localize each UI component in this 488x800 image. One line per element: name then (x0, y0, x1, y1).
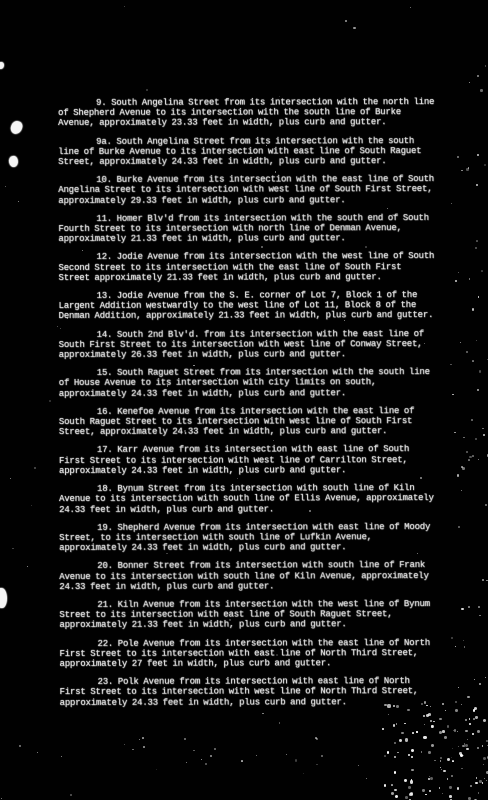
film-speck (421, 751, 423, 753)
film-speck (146, 89, 148, 91)
film-speck (405, 738, 408, 741)
film-speck (465, 744, 468, 747)
list-item: 18. Bynum Street from its intersection w… (59, 483, 437, 515)
film-speck (463, 437, 464, 438)
film-artifact-blob (8, 155, 19, 168)
film-speck (430, 720, 432, 722)
film-speck (462, 467, 465, 470)
film-speck (468, 797, 471, 800)
list-item: 20. Bonner Street from its intersection … (59, 560, 437, 592)
film-speck (468, 167, 469, 168)
film-speck (410, 780, 413, 783)
film-speck (461, 704, 463, 706)
film-speck (49, 400, 51, 402)
film-speck (461, 608, 463, 610)
document-text-block: 9. South Angelina Street from its inters… (58, 97, 438, 716)
film-speck (27, 566, 28, 567)
film-speck (472, 308, 474, 310)
film-speck (411, 749, 414, 752)
film-speck (210, 755, 212, 757)
film-speck (1, 798, 2, 799)
list-item: 22. Pole Avenue from its intersection wi… (59, 638, 437, 670)
film-speck (482, 579, 485, 582)
film-speck (467, 696, 469, 698)
film-speck (478, 606, 480, 608)
film-speck (478, 296, 480, 298)
film-speck (472, 455, 474, 457)
film-speck (465, 730, 468, 733)
film-speck (452, 394, 453, 395)
film-speck (445, 710, 446, 711)
film-speck (132, 749, 134, 751)
film-speck (476, 777, 478, 779)
list-item: 9. South Angelina Street from its inters… (58, 97, 436, 129)
film-speck (485, 504, 487, 506)
film-speck (483, 757, 486, 760)
film-speck (424, 724, 425, 725)
film-speck (440, 760, 442, 762)
film-speck (425, 794, 427, 796)
film-speck (477, 730, 480, 733)
film-speck (461, 170, 463, 172)
film-speck (481, 270, 483, 272)
film-speck (458, 746, 459, 747)
film-speck (431, 744, 434, 747)
film-speck (405, 796, 408, 799)
film-speck (466, 168, 469, 171)
film-speck (428, 778, 431, 781)
film-speck (465, 719, 467, 721)
list-item: 17. Karr Avenue from its intersection wi… (59, 444, 437, 476)
film-speck (462, 745, 465, 748)
film-speck (478, 792, 480, 794)
film-speck (468, 606, 470, 608)
film-speck (393, 724, 395, 726)
film-speck (411, 769, 413, 771)
film-speck (466, 748, 469, 751)
film-speck (476, 240, 478, 242)
film-speck (442, 730, 445, 733)
film-speck (485, 65, 487, 67)
film-speck (472, 733, 474, 735)
film-speck (142, 737, 144, 739)
film-speck (353, 27, 355, 29)
list-item: 14. South 2nd Blv'd. from its intersecti… (59, 329, 437, 361)
film-speck (410, 7, 411, 8)
list-item: 23. Polk Avenue from its intersection wi… (60, 676, 438, 708)
film-speck (483, 719, 486, 722)
film-speck (366, 778, 367, 779)
film-speck (458, 272, 459, 273)
film-speck (469, 723, 471, 725)
film-speck (404, 723, 405, 724)
film-speck (471, 419, 473, 421)
film-speck (452, 760, 454, 762)
film-speck (442, 793, 443, 794)
film-speck (441, 769, 442, 770)
film-speck (18, 201, 19, 202)
film-speck (443, 770, 446, 773)
film-speck (345, 20, 346, 21)
film-speck (279, 722, 281, 724)
film-speck (431, 725, 433, 727)
film-speck (408, 754, 410, 756)
film-speck (303, 773, 304, 774)
film-speck (460, 754, 463, 757)
film-speck (457, 156, 459, 158)
film-speck (384, 755, 386, 757)
film-speck (477, 747, 479, 749)
film-artifact-blob (0, 62, 4, 69)
list-item: 13. Jodie Avenue from the S. E. corner o… (59, 290, 437, 322)
film-speck (455, 646, 456, 647)
film-speck (457, 731, 458, 732)
film-speck (61, 756, 62, 757)
film-speck (469, 456, 471, 458)
film-speck (139, 739, 140, 740)
film-speck (464, 743, 465, 744)
film-speck (434, 760, 436, 762)
film-speck (458, 526, 460, 528)
film-speck (461, 466, 462, 467)
film-speck (461, 490, 462, 491)
list-item: 21. Kiln Avenue from its intersection wi… (59, 599, 437, 631)
film-speck (482, 428, 483, 429)
list-item: 19. Shepherd Avenue from its intersectio… (59, 522, 437, 554)
film-speck (476, 340, 477, 341)
film-speck (455, 701, 457, 703)
list-item: 16. Kenefoe Avenue from its intersection… (59, 406, 437, 438)
film-speck (479, 615, 480, 616)
film-speck (429, 776, 430, 777)
film-speck (463, 755, 464, 756)
film-speck (31, 505, 32, 506)
film-speck (483, 434, 484, 435)
film-speck (429, 790, 431, 792)
list-item: 15. South Raguet Street from its interse… (59, 367, 437, 399)
scanned-document-page: 9. South Angelina Street from its inters… (0, 0, 488, 800)
list-item: 12. Jodie Avenue from its intersection w… (58, 251, 436, 283)
film-speck (477, 154, 479, 156)
film-speck (469, 82, 470, 83)
film-speck (454, 729, 456, 731)
film-speck (480, 89, 482, 91)
film-speck (423, 715, 424, 716)
film-speck (201, 759, 202, 760)
film-speck (463, 640, 464, 641)
film-speck (439, 718, 441, 720)
film-speck (394, 742, 396, 744)
film-speck (34, 467, 36, 469)
film-speck (241, 760, 243, 762)
film-speck (431, 725, 434, 728)
film-speck (439, 787, 441, 789)
film-speck (473, 718, 475, 720)
film-artifact-blob (0, 588, 7, 608)
film-speck (124, 744, 125, 745)
film-speck (433, 721, 435, 723)
film-speck (466, 351, 468, 353)
film-speck (455, 709, 458, 712)
film-speck (474, 679, 476, 681)
film-speck (469, 718, 471, 720)
film-speck (256, 755, 258, 757)
film-speck (316, 764, 318, 766)
film-speck (470, 785, 473, 788)
film-speck (451, 637, 453, 639)
film-speck (476, 184, 478, 186)
film-speck (428, 751, 431, 754)
film-speck (475, 247, 477, 249)
film-speck (412, 732, 414, 734)
film-speck (37, 752, 38, 753)
film-speck (451, 775, 453, 777)
list-item: 11. Homer Blv'd from its intersection wi… (58, 213, 436, 245)
film-speck (12, 548, 13, 549)
film-speck (466, 451, 468, 453)
film-speck (454, 432, 456, 434)
film-speck (397, 752, 398, 753)
film-speck (472, 360, 474, 362)
film-speck (460, 342, 461, 343)
film-speck (410, 792, 413, 795)
film-speck (286, 754, 288, 756)
film-speck (447, 758, 450, 761)
film-speck (479, 370, 481, 372)
film-speck (477, 389, 478, 390)
film-speck (315, 737, 317, 739)
film-speck (486, 780, 487, 781)
film-speck (485, 677, 486, 678)
film-speck (453, 730, 454, 731)
film-speck (391, 792, 394, 795)
film-speck (205, 763, 207, 765)
film-speck (468, 459, 470, 461)
film-speck (455, 280, 457, 282)
film-speck (444, 736, 447, 739)
film-speck (422, 789, 424, 791)
film-speck (404, 779, 407, 782)
list-item: 10. Burke Avenue from its intersection w… (58, 174, 436, 206)
film-speck (399, 739, 402, 742)
film-speck (143, 746, 145, 748)
film-speck (464, 646, 465, 647)
film-speck (469, 278, 471, 280)
film-speck (447, 725, 450, 728)
film-speck (10, 478, 11, 479)
film-speck (447, 778, 448, 779)
film-speck (483, 764, 484, 765)
film-speck (156, 769, 157, 770)
film-speck (473, 709, 476, 712)
film-speck (449, 786, 451, 788)
film-speck (482, 745, 484, 747)
film-speck (19, 745, 20, 746)
film-speck (396, 723, 397, 724)
film-speck (409, 793, 412, 796)
film-speck (442, 703, 444, 705)
film-speck (451, 203, 452, 204)
film-speck (484, 778, 486, 780)
film-speck (439, 731, 442, 734)
film-speck (459, 752, 462, 755)
film-speck (430, 777, 433, 780)
film-speck (474, 707, 477, 710)
film-speck (451, 757, 452, 758)
film-speck (184, 738, 185, 739)
film-speck (411, 779, 413, 781)
film-speck (391, 784, 393, 786)
film-speck (295, 759, 297, 761)
film-speck (484, 164, 486, 166)
film-speck (452, 761, 453, 762)
film-speck (416, 731, 417, 732)
film-speck (475, 716, 477, 718)
film-speck (450, 364, 451, 365)
film-speck (452, 748, 453, 749)
film-speck (186, 762, 187, 763)
film-speck (387, 751, 390, 754)
film-speck (482, 782, 483, 783)
film-speck (408, 786, 411, 789)
film-speck (478, 459, 479, 460)
film-speck (479, 683, 481, 685)
film-speck (440, 767, 441, 768)
film-speck (395, 795, 398, 798)
film-speck (394, 756, 397, 759)
film-speck (316, 738, 318, 740)
film-speck (475, 782, 478, 785)
film-speck (214, 748, 216, 750)
film-speck (401, 732, 403, 734)
film-speck (5, 186, 6, 187)
film-speck (458, 687, 459, 688)
film-speck (477, 75, 479, 77)
film-speck (321, 755, 323, 757)
film-speck (461, 768, 462, 769)
film-speck (449, 795, 452, 798)
film-speck (394, 789, 397, 792)
film-speck (394, 771, 397, 774)
film-speck (193, 750, 194, 751)
list-item: 9a. South Angelina Street from its inter… (58, 136, 436, 168)
film-artifact-blob (9, 120, 23, 136)
film-speck (124, 6, 125, 7)
film-speck (467, 739, 469, 741)
film-speck (358, 765, 359, 766)
film-speck (423, 736, 426, 739)
film-speck (70, 794, 72, 796)
film-speck (411, 756, 413, 758)
film-speck (384, 784, 387, 787)
film-speck (457, 787, 460, 790)
film-speck (382, 728, 384, 730)
film-speck (479, 780, 481, 782)
film-speck (457, 474, 459, 476)
film-speck (475, 438, 477, 440)
film-speck (440, 757, 442, 759)
